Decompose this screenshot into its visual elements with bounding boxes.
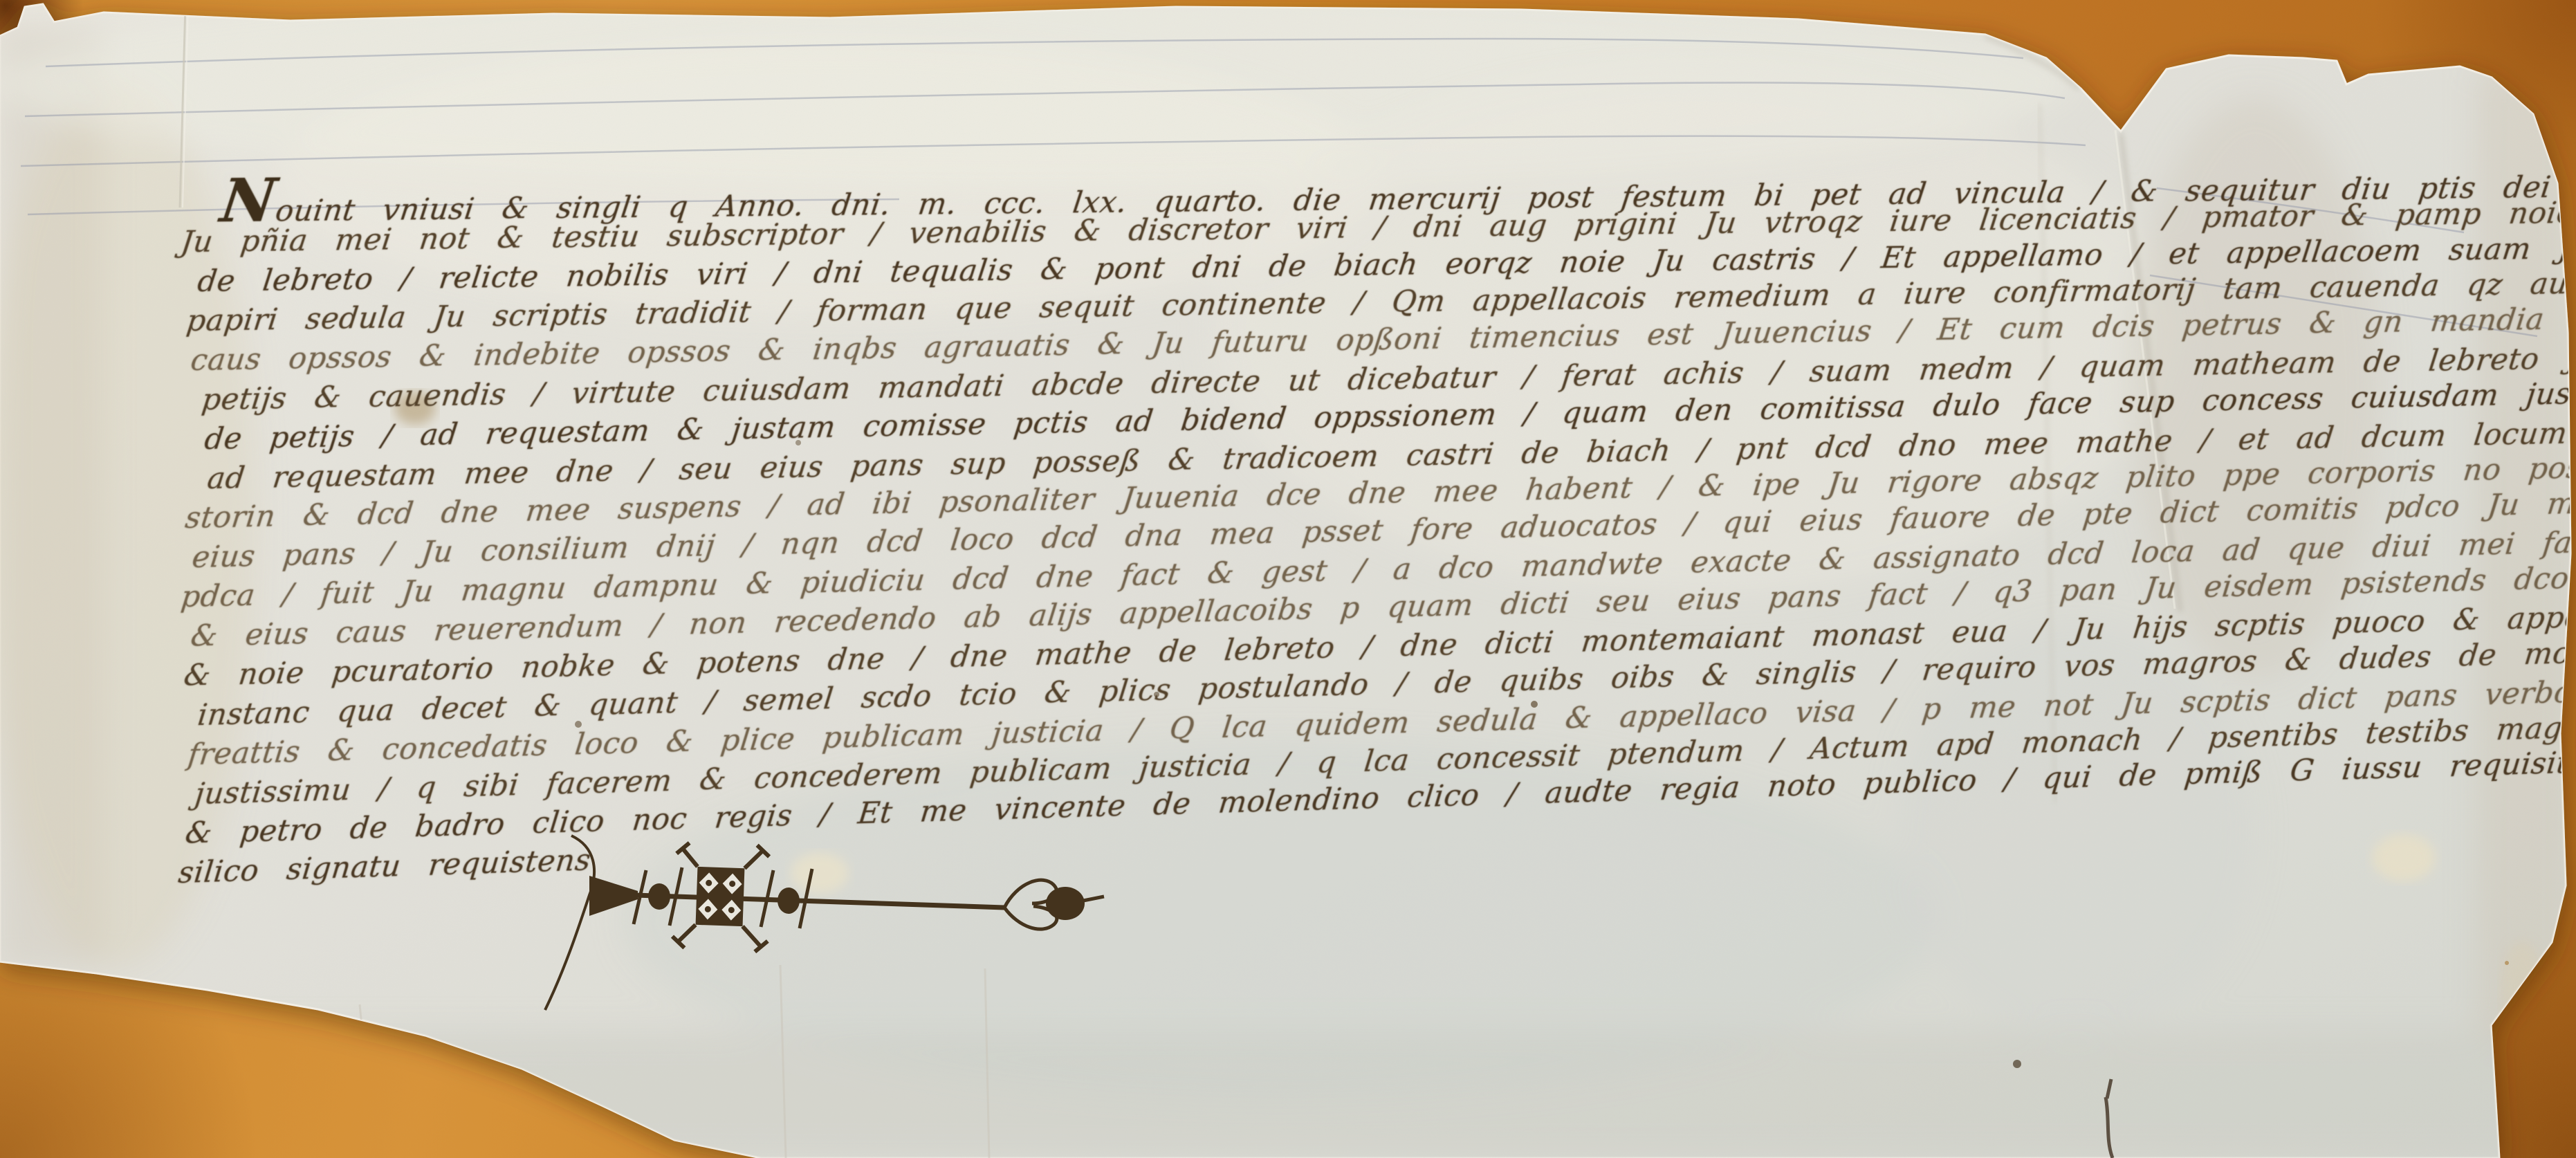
photo-background: Nouint vniusi & singli q Anno. dni. m. c… xyxy=(0,0,2576,1158)
manuscript-text-block: Nouint vniusi & singli q Anno. dni. m. c… xyxy=(0,0,2576,1158)
manuscript-line-18: silico signatu requistens xyxy=(176,843,592,890)
